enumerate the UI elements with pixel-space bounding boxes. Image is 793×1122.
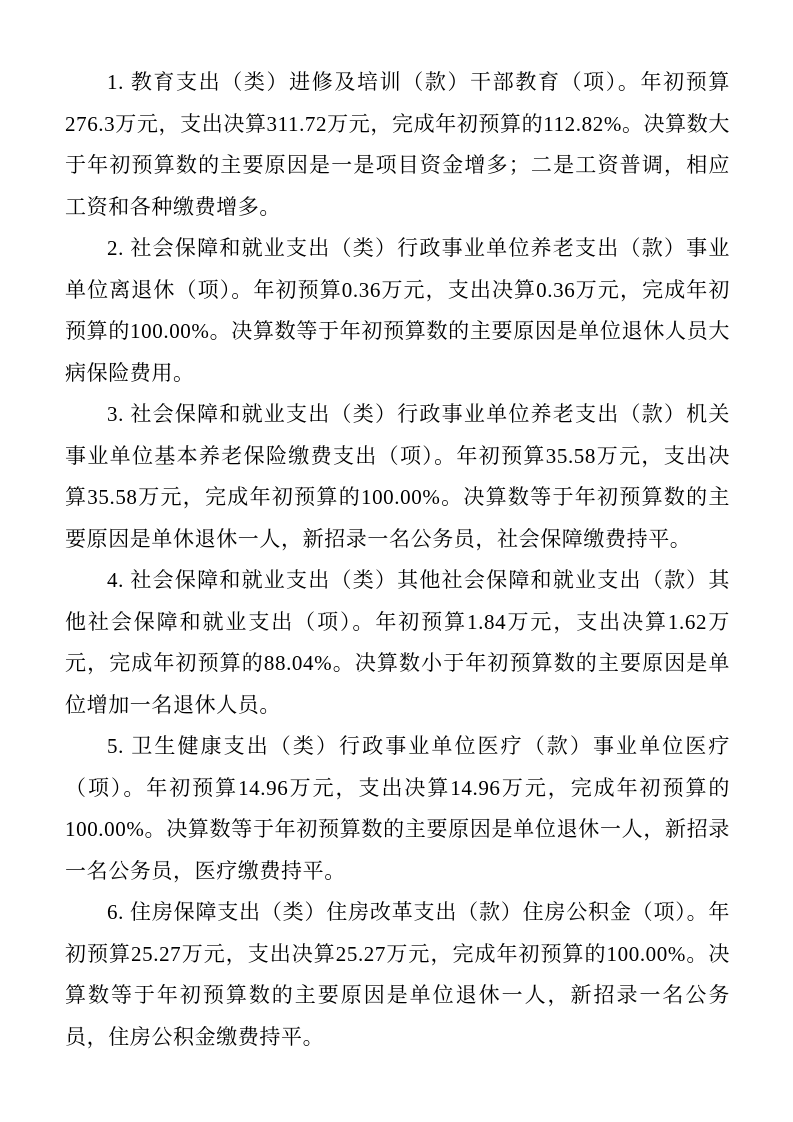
paragraph-2-social-security-retirees: 2. 社会保障和就业支出（类）行政事业单位养老支出（款）事业单位离退休（项）。年… <box>65 228 730 394</box>
document-page: 1. 教育支出（类）进修及培训（款）干部教育（项）。年初预算276.3万元，支出… <box>0 0 793 1122</box>
paragraph-1-education-expenditure: 1. 教育支出（类）进修及培训（款）干部教育（项）。年初预算276.3万元，支出… <box>65 62 730 228</box>
paragraph-3-basic-pension-contribution: 3. 社会保障和就业支出（类）行政事业单位养老支出（款）机关事业单位基本养老保险… <box>65 394 730 560</box>
paragraph-6-housing-security: 6. 住房保障支出（类）住房改革支出（款）住房公积金（项）。年初预算25.27万… <box>65 892 730 1058</box>
paragraph-4-other-social-security: 4. 社会保障和就业支出（类）其他社会保障和就业支出（款）其他社会保障和就业支出… <box>65 560 730 726</box>
paragraph-5-health-expenditure: 5. 卫生健康支出（类）行政事业单位医疗（款）事业单位医疗（项）。年初预算14.… <box>65 726 730 892</box>
